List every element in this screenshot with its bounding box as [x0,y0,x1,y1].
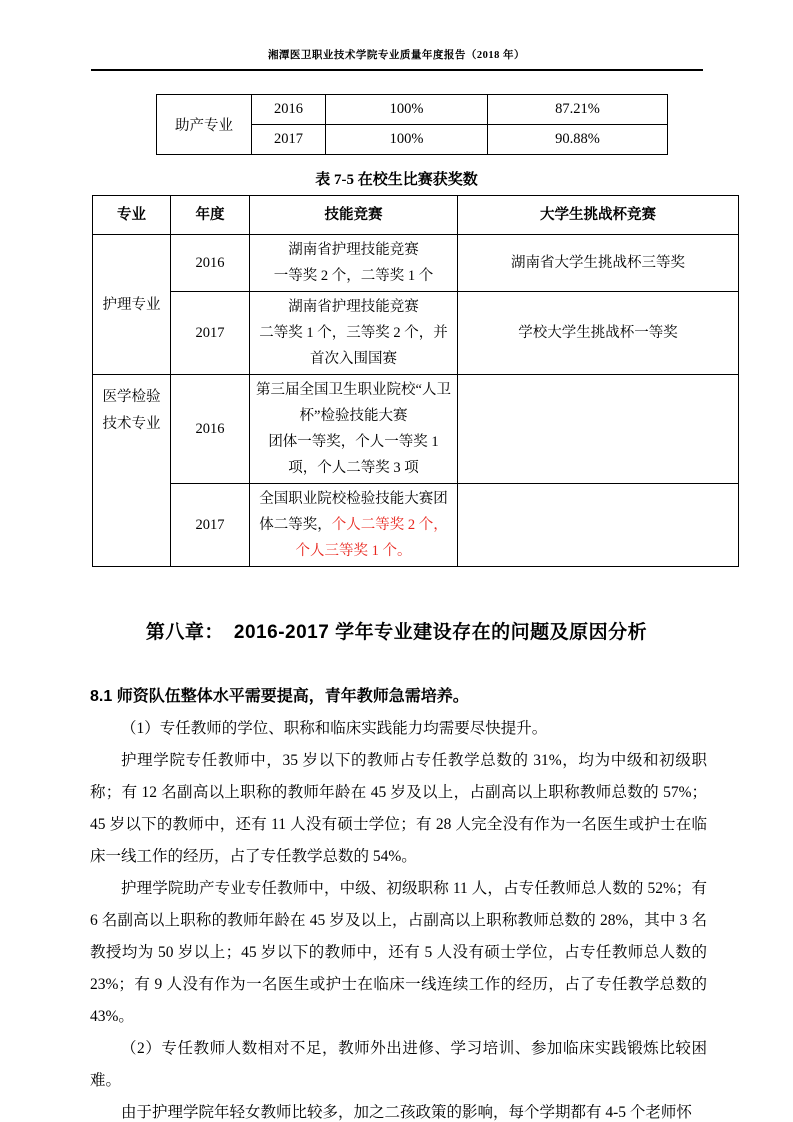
skill-cell: 第三届全国卫生职业院校“人卫杯”检验技能大赛 团体一等奖，个人一等奖 1 项，个… [250,375,458,484]
page-header-title: 湘潭医卫职业技术学院专业质量年度报告（2018 年） [0,0,793,62]
year-cell: 2017 [171,292,250,375]
skill-cell: 湖南省护理技能竞赛 一等奖 2 个，二等奖 1 个 [250,235,458,292]
year-cell: 2017 [252,125,326,155]
rate-cell: 87.21% [488,95,668,125]
col-header-major: 专业 [93,196,171,235]
section-heading: 8.1 师资队伍整体水平需要提高，青年教师急需培养。 [90,681,707,713]
table-row: 2017 全国职业院校检验技能大赛团体二等奖，个人二等奖 2 个，个人三等奖 1… [93,484,739,567]
skill-line: 第三届全国卫生职业院校“人卫杯”检验技能大赛 [253,377,454,429]
rate-cell: 100% [326,125,488,155]
year-cell: 2017 [171,484,250,567]
year-cell: 2016 [171,375,250,484]
challenge-cell [458,375,739,484]
col-header-skill-competition: 技能竞赛 [250,196,458,235]
body-paragraph: 由于护理学院年轻女教师比较多，加之二孩政策的影响，每个学期都有 4-5 个老师怀 [90,1097,707,1122]
chapter-heading: 第八章： 2016-2017 学年专业建设存在的问题及原因分析 [0,617,793,644]
document-page: 湘潭医卫职业技术学院专业质量年度报告（2018 年） 助产专业 2016 100… [0,0,793,1122]
rate-cell: 100% [326,95,488,125]
major-cell-nursing: 护理专业 [93,235,171,375]
awards-table: 专业 年度 技能竞赛 大学生挑战杯竞赛 护理专业 2016 湖南省护理技能竞赛 … [92,195,739,567]
skill-line: 湖南省护理技能竞赛 [253,237,454,263]
col-header-year: 年度 [171,196,250,235]
body-paragraph: 护理学院专任教师中，35 岁以下的教师占专任教学总数的 31%，均为中级和初级职… [90,745,707,873]
year-cell: 2016 [171,235,250,292]
employment-rate-table-continued: 助产专业 2016 100% 87.21% 2017 100% 90.88% [156,94,668,155]
major-cell: 助产专业 [157,95,252,155]
skill-line: 二等奖 1 个，三等奖 2 个，并首次入围国赛 [253,320,454,372]
col-header-challenge-cup: 大学生挑战杯竞赛 [458,196,739,235]
table-row: 2017 湖南省护理技能竞赛 二等奖 1 个，三等奖 2 个，并首次入围国赛 学… [93,292,739,375]
skill-line: 湖南省护理技能竞赛 [253,294,454,320]
body-paragraph: （2）专任教师人数相对不足，教师外出进修、学习培训、参加临床实践锻炼比较困难。 [90,1033,707,1097]
table-row: 助产专业 2016 100% 87.21% [157,95,668,125]
year-cell: 2016 [252,95,326,125]
skill-line: 一等奖 2 个，二等奖 1 个 [253,263,454,289]
skill-cell: 湖南省护理技能竞赛 二等奖 1 个，三等奖 2 个，并首次入围国赛 [250,292,458,375]
challenge-cell: 学校大学生挑战杯一等奖 [458,292,739,375]
skill-line: 团体一等奖，个人一等奖 1 项，个人二等奖 3 项 [253,429,454,481]
rate-cell: 90.88% [488,125,668,155]
challenge-cell: 湖南省大学生挑战杯三等奖 [458,235,739,292]
skill-cell: 全国职业院校检验技能大赛团体二等奖，个人二等奖 2 个，个人三等奖 1 个。 [250,484,458,567]
table-row: 医学检验技术专业 2016 第三届全国卫生职业院校“人卫杯”检验技能大赛 团体一… [93,375,739,484]
body-paragraph: 护理学院助产专业专任教师中，中级、初级职称 11 人，占专任教师总人数的 52%… [90,873,707,1033]
table-header-row: 专业 年度 技能竞赛 大学生挑战杯竞赛 [93,196,739,235]
major-cell-medical-lab: 医学检验技术专业 [93,375,171,567]
table-caption: 表 7-5 在校生比赛获奖数 [0,168,793,189]
body-paragraph: （1）专任教师的学位、职称和临床实践能力均需要尽快提升。 [90,713,707,745]
table-row: 护理专业 2016 湖南省护理技能竞赛 一等奖 2 个，二等奖 1 个 湖南省大… [93,235,739,292]
header-rule [91,69,703,71]
skill-text: 全国职业院校检验技能大赛团体二等奖，个人二等奖 2 个，个人三等奖 1 个。 [253,486,454,564]
challenge-cell [458,484,739,567]
